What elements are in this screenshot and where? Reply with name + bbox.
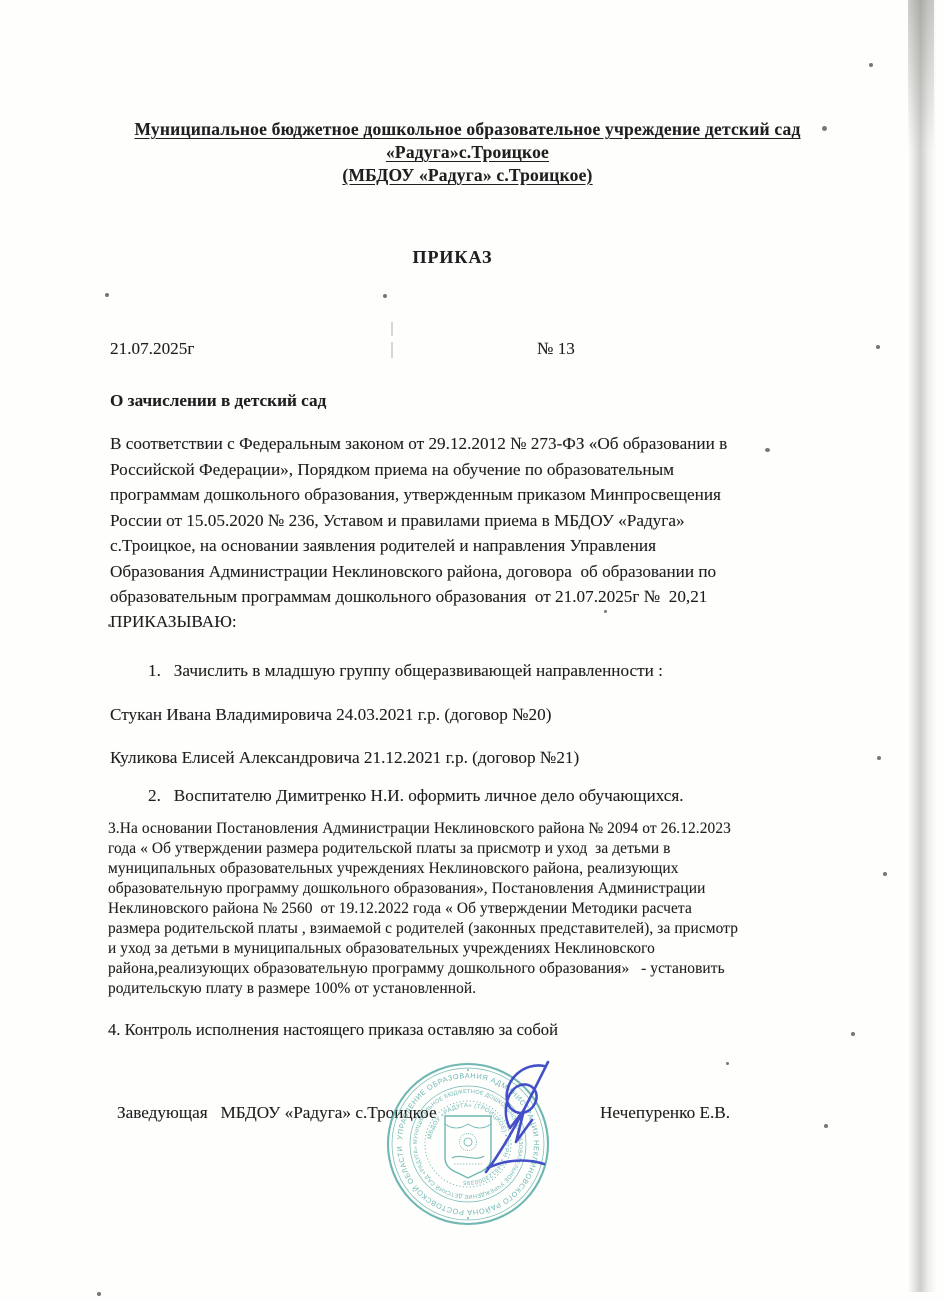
order-subject: О зачислении в детский сад [110, 391, 326, 411]
item3-line: размера родительской платы , взимаемой с… [108, 919, 738, 939]
preamble-line: России от 15.05.2020 № 236, Уставом и пр… [110, 508, 727, 534]
letterhead-line2: «Радуга»с.Троицкое [60, 141, 875, 164]
order-item-1: 1. Зачислить в младшую группу общеразвив… [148, 661, 663, 681]
preamble-paragraph: В соответствии с Федеральным законом от … [110, 431, 727, 610]
item3-line: 3.На основании Постановления Администрац… [108, 819, 738, 839]
scan-speck [391, 322, 393, 336]
order-date: 21.07.2025г [110, 339, 194, 359]
preamble-line: Российской Федерации», Порядком приема н… [110, 457, 727, 483]
scan-speck [383, 294, 387, 298]
letterhead-line3: (МБДОУ «Радуга» с.Троицкое) [60, 164, 875, 187]
handwritten-signature [452, 1058, 572, 1198]
order-number: № 13 [537, 339, 575, 359]
scan-speck [391, 342, 393, 358]
scan-speck [883, 872, 887, 876]
enrolled-child-1: Стукан Ивана Владимировича 24.03.2021 г.… [110, 705, 551, 725]
scan-shadow-band-top [908, 0, 934, 150]
scan-speck [97, 1292, 101, 1296]
decree-word: ПРИКАЗЫВАЮ: [110, 612, 237, 632]
scan-speck [851, 1032, 855, 1036]
scan-shadow-band [908, 0, 936, 1292]
item3-line: года « Об утверждении размера родительск… [108, 839, 738, 859]
item3-line: муниципальных образовательных учреждения… [108, 859, 738, 879]
order-item-4: 4. Контроль исполнения настоящего приказ… [108, 1020, 558, 1040]
item3-line: района,реализующих образовательную прогр… [108, 959, 738, 979]
preamble-line: программам дошкольного образования, утве… [110, 482, 727, 508]
item3-line: родительскую плату в размере 100% от уст… [108, 979, 738, 999]
item3-line: образовательную программу дошкольного об… [108, 879, 738, 899]
preamble-line: образовательным программам дошкольного о… [110, 584, 727, 610]
scan-speck [876, 345, 880, 349]
scanned-order-document: Муниципальное бюджетное дошкольное образ… [0, 0, 945, 1300]
letterhead: Муниципальное бюджетное дошкольное образ… [60, 118, 875, 187]
order-item-2: 2. Воспитателю Димитренко Н.И. оформить … [148, 786, 684, 806]
item3-line: и уход за детьми в муниципальных образов… [108, 939, 738, 959]
scan-speck [105, 293, 109, 297]
enrolled-child-2: Куликова Елисей Александровича 21.12.202… [110, 748, 579, 768]
scan-speck [877, 756, 881, 760]
scan-speck [765, 448, 770, 452]
preamble-line: с.Троицкое, на основании заявления родит… [110, 533, 727, 559]
scan-speck [726, 1062, 729, 1065]
item3-line: Неклиновского района № 2560 от 19.12.202… [108, 899, 738, 919]
scan-speck [824, 1124, 828, 1128]
preamble-line: Образования Администрации Неклиновского … [110, 559, 727, 585]
signatory-name: Нечепуренко Е.В. [600, 1103, 730, 1123]
document-title: ПРИКАЗ [0, 247, 905, 268]
scan-speck [869, 63, 873, 67]
order-item-3: 3.На основании Постановления Администрац… [108, 819, 738, 999]
preamble-line: В соответствии с Федеральным законом от … [110, 431, 727, 457]
scan-speck [604, 610, 607, 613]
letterhead-line1: Муниципальное бюджетное дошкольное образ… [60, 118, 875, 141]
